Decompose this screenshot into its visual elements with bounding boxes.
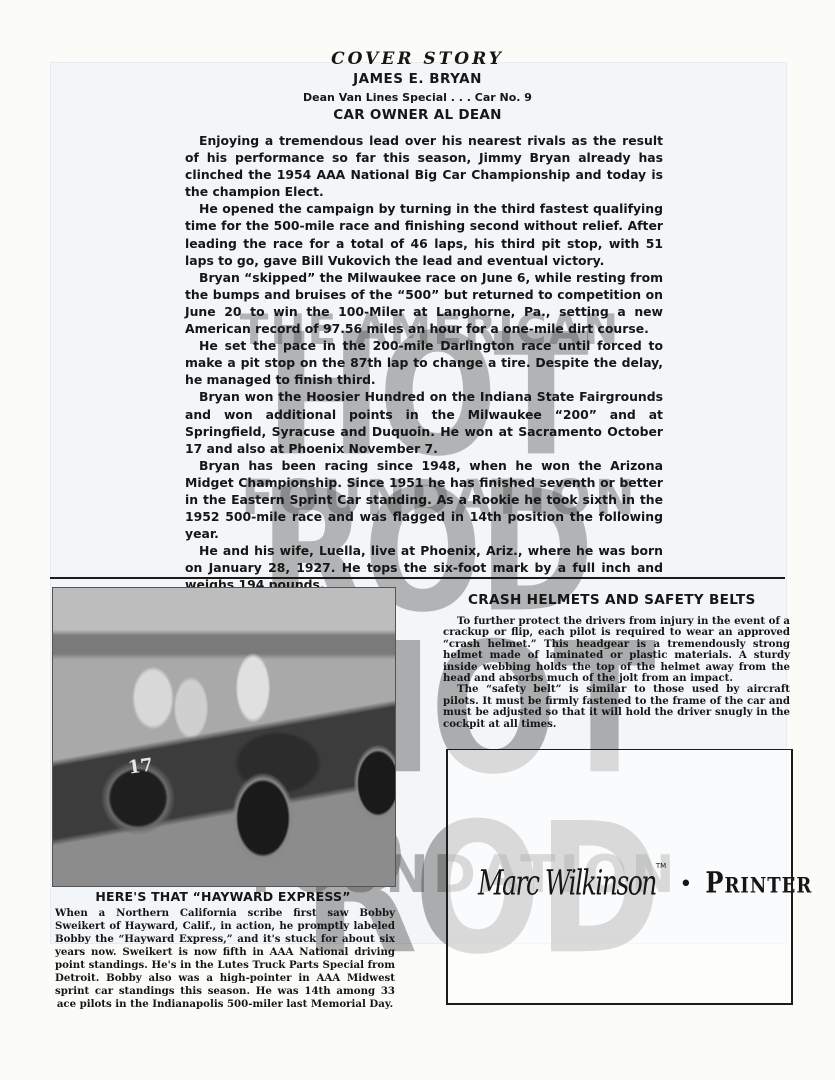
cover-story-header: COVER STORY JAMES E. BRYAN Dean Van Line… xyxy=(0,48,835,125)
car-owner: CAR OWNER AL DEAN xyxy=(0,106,835,125)
story-paragraph: Bryan has been racing since 1948, when h… xyxy=(185,457,663,542)
section-kicker: COVER STORY xyxy=(0,48,835,70)
story-paragraph: Bryan “skipped” the Milwaukee race on Ju… xyxy=(185,269,663,337)
photo-caption-body: When a Northern California scribe first … xyxy=(55,907,395,1011)
story-paragraph: He set the pace in the 200-mile Darlingt… xyxy=(185,337,663,388)
bullet-separator: • xyxy=(679,872,692,897)
section-divider xyxy=(50,577,785,579)
trademark-mark: TM xyxy=(656,862,666,870)
story-paragraph: Enjoying a tremendous lead over his near… xyxy=(185,132,663,200)
printer-label: PRINTER xyxy=(705,865,812,900)
bleed-through-text xyxy=(110,470,131,519)
car-number: 17 xyxy=(127,754,155,778)
sidebar-paragraph: The “safety belt” is similar to those us… xyxy=(443,684,790,730)
printer-ad-text: Marc WilkinsonTM • PRINTER xyxy=(478,868,778,897)
story-paragraph: Bryan won the Hoosier Hundred on the Ind… xyxy=(185,388,663,456)
printer-name: Marc Wilkinson xyxy=(478,862,656,903)
sidebar-paragraph: To further protect the drivers from inju… xyxy=(443,616,790,684)
story-paragraph: He and his wife, Luella, live at Phoenix… xyxy=(185,542,663,593)
car-line: Dean Van Lines Special . . . Car No. 9 xyxy=(0,89,835,106)
sidebar-body: To further protect the drivers from inju… xyxy=(443,616,790,730)
race-car-photo: 17 xyxy=(52,587,396,887)
cover-story-body: Enjoying a tremendous lead over his near… xyxy=(185,132,663,594)
photo-caption-title: HERE'S THAT “HAYWARD EXPRESS” xyxy=(52,889,394,904)
printer-ad: Marc WilkinsonTM • PRINTER xyxy=(446,749,793,1005)
sidebar-title: CRASH HELMETS AND SAFETY BELTS xyxy=(468,592,798,608)
driver-name: JAMES E. BRYAN xyxy=(0,70,835,89)
story-paragraph: He opened the campaign by turning in the… xyxy=(185,200,663,268)
